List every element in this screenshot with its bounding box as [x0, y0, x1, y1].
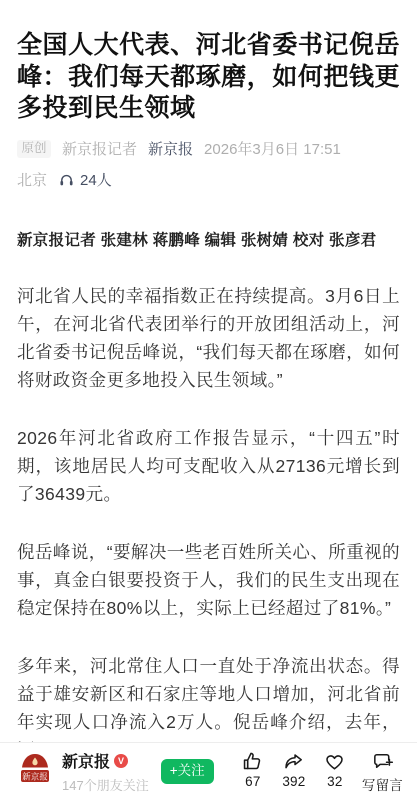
favorite-button[interactable]: 32 [321, 750, 349, 789]
footer-bar: 新京报 新京报 V 147个朋友关注 +关注 67 [0, 742, 417, 800]
article-body: 河北省人民的幸福指数正在持续提高。3月6日上午，在河北省代表团举行的开放团组活动… [17, 282, 400, 764]
thumbs-up-icon [241, 750, 264, 773]
verified-icon: V [114, 754, 128, 768]
like-count: 67 [245, 774, 260, 789]
share-button[interactable]: 392 [280, 750, 308, 789]
publish-location: 北京 [17, 169, 47, 190]
article-title: 全国人大代表、河北省委书记倪岳峰：我们每天都琢磨，如何把钱更多投到民生领域 [17, 30, 400, 125]
byline: 新京报记者 张建林 蒋鹏峰 编辑 张树婧 校对 张彦君 [17, 228, 400, 250]
comment-label: 写留言 [362, 774, 403, 794]
heart-icon [323, 750, 346, 773]
paragraph: 河北省人民的幸福指数正在持续提高。3月6日上午，在河北省代表团举行的开放团组活动… [17, 282, 400, 394]
favorite-count: 32 [327, 774, 342, 789]
like-button[interactable]: 67 [239, 750, 267, 789]
publish-datetime: 2026年3月6日 17:51 [204, 138, 341, 159]
paragraph: 倪岳峰说，“要解决一些老百姓所关心、所重视的事，真金白银要投资于人，我们的民生支… [17, 538, 400, 622]
article-meta: 原创 新京报记者 新京报 2026年3月6日 17:51 北京 24人 [17, 139, 400, 190]
article-page: 全国人大代表、河北省委书记倪岳峰：我们每天都琢磨，如何把钱更多投到民生领域 原创… [0, 0, 417, 800]
account-link[interactable]: 新京报 [148, 138, 193, 159]
article-content: 全国人大代表、河北省委书记倪岳峰：我们每天都琢磨，如何把钱更多投到民生领域 原创… [0, 30, 417, 764]
listen-button[interactable]: 24人 [58, 169, 112, 190]
meta-line-1: 原创 新京报记者 新京报 2026年3月6日 17:51 [17, 139, 400, 159]
headphone-icon [58, 171, 75, 188]
account-name-row: 新京报 V [62, 749, 149, 772]
comment-plus-icon [371, 750, 394, 773]
follow-button[interactable]: +关注 [161, 759, 214, 783]
followers-count: 147个朋友关注 [62, 775, 149, 794]
xjb-logo[interactable]: 新京报 [18, 751, 52, 793]
svg-text:新京报: 新京报 [22, 771, 48, 781]
listen-count: 24人 [80, 169, 112, 190]
action-bar: 67 392 32 [239, 750, 403, 794]
author-label: 新京报记者 [62, 138, 137, 159]
meta-line-2: 北京 24人 [17, 170, 400, 190]
account-info: 新京报 V 147个朋友关注 [62, 749, 149, 794]
share-arrow-icon [282, 750, 305, 773]
paragraph: 2026年河北省政府工作报告显示，“十四五”时期，该地居民人均可支配收入从271… [17, 424, 400, 508]
original-badge: 原创 [17, 140, 51, 158]
share-count: 392 [282, 774, 305, 789]
account-name[interactable]: 新京报 [62, 749, 110, 772]
comment-button[interactable]: 写留言 [362, 750, 403, 794]
